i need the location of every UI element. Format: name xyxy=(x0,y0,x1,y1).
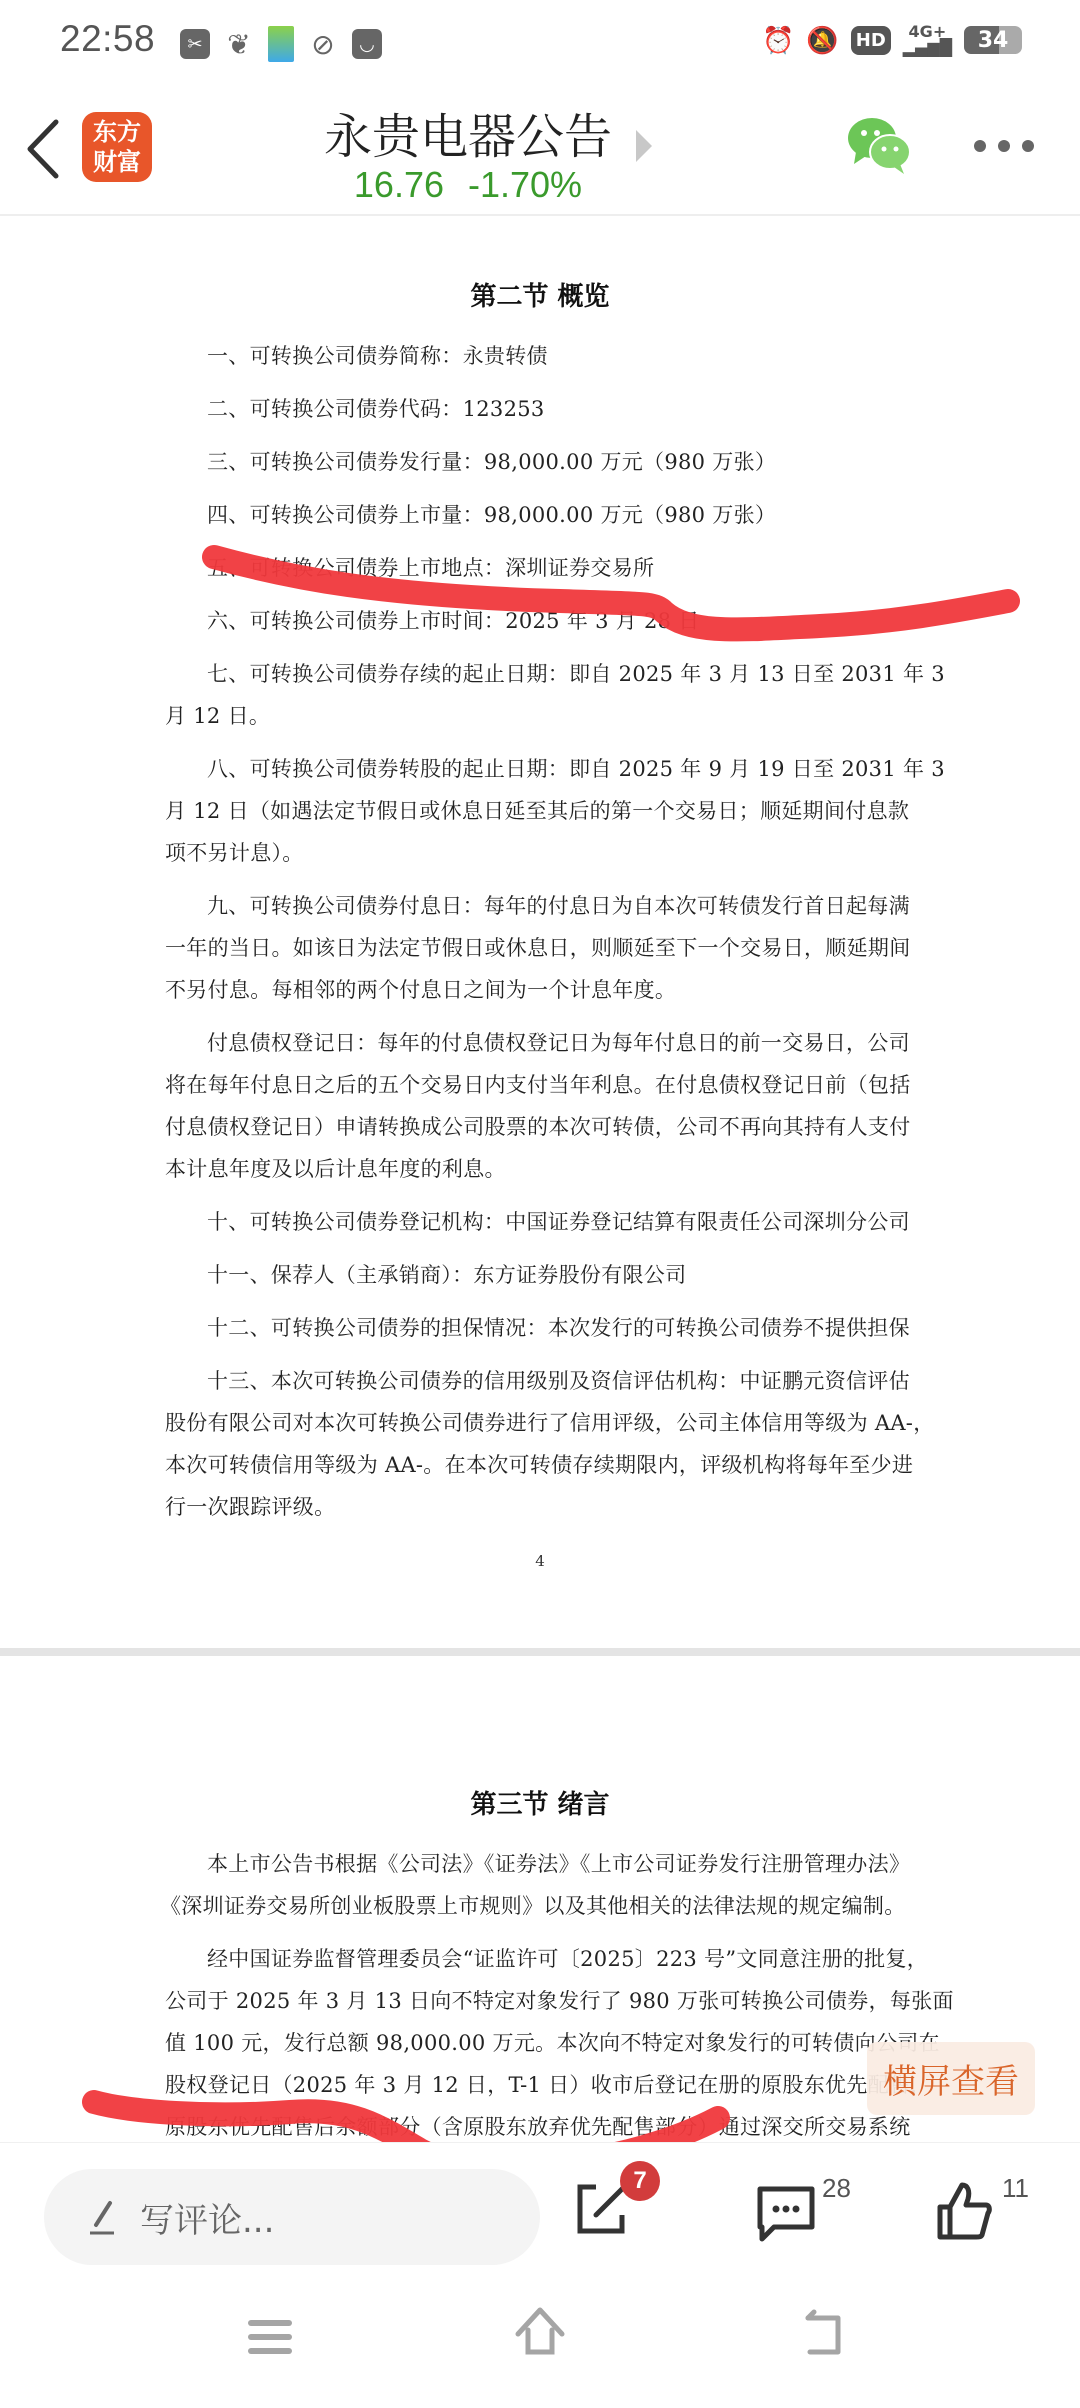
doc-line: 六、可转换公司债券上市时间：2025 年 3 月 28 日 xyxy=(207,605,700,635)
doc-line: 经中国证券监督管理委员会“证监许可〔2025〕223 号”文同意注册的批复， xyxy=(207,1943,928,1973)
section-title: 第二节 概览 xyxy=(0,276,1080,313)
fitness-app-icon xyxy=(268,26,294,62)
comments-button[interactable]: 28 xyxy=(754,2179,824,2249)
doc-line: 九、可转换公司债券付息日：每年的付息日为自本次可转债发行首日起每满 xyxy=(207,890,910,920)
like-count: 11 xyxy=(1002,2173,1029,2204)
page-number: 4 xyxy=(0,1552,1080,1570)
screenshot-icon: ✂ xyxy=(180,29,210,59)
comment-input[interactable]: 写评论... xyxy=(44,2169,540,2265)
comment-count: 28 xyxy=(822,2173,851,2204)
stock-quote[interactable]: 16.76-1.70% xyxy=(0,164,936,206)
mute-icon: 🔕 xyxy=(806,25,838,56)
menu-icon[interactable] xyxy=(240,2306,300,2366)
doc-line: 三、可转换公司债券发行量：98,000.00 万元（980 万张） xyxy=(207,446,776,476)
doc-line: 将在每年付息日之后的五个交易日内支付当年利息。在付息债权登记日前（包括 xyxy=(165,1069,911,1099)
home-icon[interactable] xyxy=(510,2306,570,2366)
page-divider xyxy=(0,1648,1080,1656)
landscape-view-button[interactable]: 横屏查看 xyxy=(867,2042,1035,2115)
planet-app-icon: ⊘ xyxy=(308,29,338,59)
doc-line: 月 12 日（如遇法定节假日或休息日延至其后的第一个交易日；顺延期间付息款 xyxy=(165,795,909,825)
document-viewer[interactable]: 第二节 概览 一、可转换公司债券简称：永贵转债 二、可转换公司债券代码：1232… xyxy=(0,218,1080,2142)
bottom-action-bar: 写评论... 7 28 11 xyxy=(0,2142,1080,2270)
notification-icons: ✂ ❦ ⊘ ◡ xyxy=(180,26,382,62)
doc-line: 付息债权登记日）申请转换成公司股票的本次可转债，公司不再向其持有人支付 xyxy=(165,1111,911,1141)
doc-line: 值 100 元，发行总额 98,000.00 万元。本次向不特定对象发行的可转债… xyxy=(165,2027,940,2057)
battery-icon: 34 xyxy=(964,26,1022,54)
doc-line: 不另付息。每相邻的两个付息日之间为一个计息年度。 xyxy=(165,974,676,1004)
thumbs-up-icon xyxy=(934,2179,994,2243)
clock: 22:58 xyxy=(60,18,155,60)
section-title: 第三节 绪言 xyxy=(0,1784,1080,1821)
doc-line: 本上市公告书根据《公司法》《证券法》《上市公司证券发行注册管理办法》 xyxy=(207,1848,910,1878)
wechat-share-icon[interactable] xyxy=(846,114,912,176)
feather-app-icon: ❦ xyxy=(224,29,254,59)
share-badge: 7 xyxy=(620,2161,660,2201)
doc-line: 二、可转换公司债券代码：123253 xyxy=(207,393,545,423)
doc-line: 本计息年度及以后计息年度的利息。 xyxy=(165,1153,506,1183)
doc-line: 十三、本次可转换公司债券的信用级别及资信评估机构：中证鹏元资信评估 xyxy=(207,1365,910,1395)
network-label: 4G+ xyxy=(909,22,947,41)
4g-signal-icon: 4G+▂▄▆█ xyxy=(903,24,952,56)
doc-line: 一、可转换公司债券简称：永贵转债 xyxy=(207,340,548,370)
more-options-button[interactable] xyxy=(974,140,1034,152)
doc-line: 十、可转换公司债券登记机构：中国证券登记结算有限责任公司深圳分公司 xyxy=(207,1206,910,1236)
doc-line: 原股东优先配售后余额部分（含原股东放弃优先配售部分）通过深交所交易系统 xyxy=(165,2111,911,2141)
doc-line: 十一、保荐人（主承销商）：东方证券股份有限公司 xyxy=(207,1259,686,1289)
doc-line: 八、可转换公司债券转股的起止日期：即自 2025 年 9 月 19 日至 203… xyxy=(207,753,945,783)
doc-line: 项不另计息）。 xyxy=(165,837,304,867)
comment-bubble-icon xyxy=(754,2179,818,2243)
status-bar: 22:58 ✂ ❦ ⊘ ◡ ⏰ 🔕 HD 4G+▂▄▆█ 34 xyxy=(0,0,1080,84)
system-nav-bar xyxy=(0,2270,1080,2408)
app-header: 东方 财富 永贵电器公告 16.76-1.70% xyxy=(0,84,1080,216)
system-icons: ⏰ 🔕 HD 4G+▂▄▆█ 34 xyxy=(762,24,1022,56)
back-icon[interactable] xyxy=(794,2306,854,2366)
doc-line: 《深圳证券交易所创业板股票上市规则》以及其他相关的法律法规的规定编制。 xyxy=(160,1890,906,1920)
doc-line: 五、可转换公司债券上市地点：深圳证券交易所 xyxy=(207,552,654,582)
doc-line: 四、可转换公司债券上市量：98,000.00 万元（980 万张） xyxy=(207,499,776,529)
pencil-icon xyxy=(86,2197,118,2237)
stock-change-pct: -1.70% xyxy=(468,164,582,205)
hd-icon: HD xyxy=(851,26,891,55)
doc-line: 付息债权登记日：每年的付息债权登记日为每年付息日的前一交易日，公司 xyxy=(207,1027,910,1057)
shopping-app-icon: ◡ xyxy=(352,29,382,59)
doc-line: 公司于 2025 年 3 月 13 日向不特定对象发行了 980 万张可转换公司… xyxy=(165,1985,954,2015)
doc-line: 一年的当日。如该日为法定节假日或休息日，则顺延至下一个交易日，顺延期间 xyxy=(165,932,911,962)
document-page-4: 第二节 概览 一、可转换公司债券简称：永贵转债 二、可转换公司债券代码：1232… xyxy=(0,218,1080,1648)
doc-line: 股份有限公司对本次可转换公司债券进行了信用评级，公司主体信用等级为 AA-， xyxy=(165,1407,935,1437)
doc-line: 七、可转换公司债券存续的起止日期：即自 2025 年 3 月 13 日至 203… xyxy=(207,658,945,688)
doc-line: 月 12 日。 xyxy=(165,700,270,730)
doc-line: 行一次跟踪评级。 xyxy=(165,1491,335,1521)
page-title[interactable]: 永贵电器公告 xyxy=(0,98,936,167)
share-button[interactable]: 7 xyxy=(572,2179,642,2249)
doc-line: 本次可转债信用等级为 AA-。在本次可转债存续期限内，评级机构将每年至少进 xyxy=(165,1449,913,1479)
comment-placeholder: 写评论... xyxy=(140,2193,274,2242)
doc-line: 股权登记日（2025 年 3 月 12 日，T-1 日）收市后登记在册的原股东优… xyxy=(165,2069,932,2099)
title-chevron-right-icon[interactable] xyxy=(636,130,652,162)
like-button[interactable]: 11 xyxy=(934,2179,1004,2249)
doc-line: 十二、可转换公司债券的担保情况：本次发行的可转换公司债券不提供担保 xyxy=(207,1312,910,1342)
alarm-icon: ⏰ xyxy=(762,25,794,56)
stock-price: 16.76 xyxy=(354,164,444,205)
